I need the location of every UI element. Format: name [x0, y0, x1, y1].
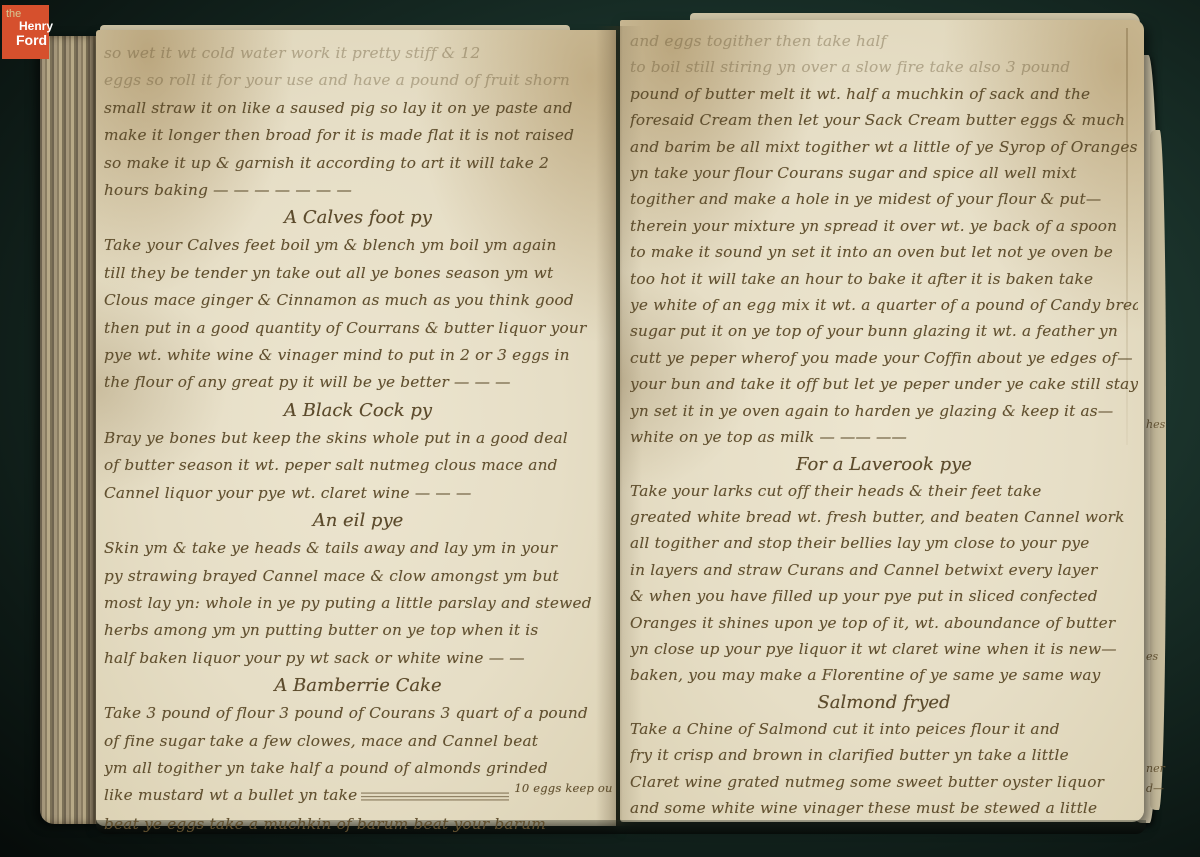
manuscript-line-text: your bun and take it off but let ye pepe… — [630, 375, 1138, 393]
manuscript-line: to boil still stiring yn over a slow fir… — [630, 54, 1138, 80]
manuscript-line-text: sugar put it on ye top of your bunn glaz… — [630, 322, 1118, 340]
manuscript-line: most lay yn: whole in ye py puting a lit… — [104, 590, 612, 617]
manuscript-line-text: so make it up & garnish it according to … — [104, 154, 549, 172]
manuscript-line-text: cutt ye peper wherof you made your Coffi… — [630, 349, 1133, 367]
manuscript-line-text: fry it crisp and brown in clarified butt… — [630, 746, 1069, 764]
recipe-heading: An eil pye — [104, 507, 612, 535]
manuscript-line: pound of butter melt it wt. half a muchk… — [630, 81, 1138, 107]
manuscript-line: the flour of any great py it will be ye … — [104, 369, 612, 396]
manuscript-line: yn close up your pye liquor it wt claret… — [630, 636, 1138, 662]
manuscript-line-text: Take 3 pound of flour 3 pound of Courans… — [104, 704, 588, 722]
manuscript-line-text: yn set it in ye oven again to harden ye … — [630, 402, 1113, 420]
manuscript-line-text: greated white bread wt. fresh butter, an… — [630, 508, 1125, 526]
manuscript-line-text: yn take your flour Courans sugar and spi… — [630, 164, 1077, 182]
manuscript-line: foresaid Cream then let your Sack Cream … — [630, 107, 1138, 133]
manuscript-line-text: Clous mace ginger & Cinnamon as much as … — [104, 291, 574, 309]
manuscript-line-text: then put in a good quantity of Courrans … — [104, 319, 586, 337]
manuscript-line: of butter season it wt. peper salt nutme… — [104, 452, 612, 479]
manuscript-line: beat ye eggs take a muchkin of barum bea… — [104, 811, 612, 838]
manuscript-line: till they be tender yn take out all ye b… — [104, 260, 612, 287]
manuscript-line-text: herbs among ym yn putting butter on ye t… — [104, 621, 538, 639]
manuscript-fragment: d— — [1146, 782, 1164, 795]
manuscript-line-text: eggs so roll it for your use and have a … — [104, 71, 570, 89]
left-page-manuscript-text: so wet it wt cold water work it pretty s… — [104, 40, 612, 838]
manuscript-line-text: and barim be all mixt togither wt a litt… — [630, 138, 1138, 156]
manuscript-line-text: Claret wine grated nutmeg some sweet but… — [630, 773, 1104, 791]
manuscript-line-text: Take your Calves feet boil ym & blench y… — [104, 236, 557, 254]
manuscript-line: then put in a good quantity of Courrans … — [104, 315, 612, 342]
manuscript-line: to make it sound yn set it into an oven … — [630, 239, 1138, 265]
right-page-manuscript-text: and eggs togither then take halfto boil … — [630, 28, 1138, 821]
manuscript-line: make it longer then broad for it is made… — [104, 122, 612, 149]
manuscript-line-text: till they be tender yn take out all ye b… — [104, 264, 553, 282]
manuscript-line: fry it crisp and brown in clarified butt… — [630, 742, 1138, 768]
manuscript-line: Take your Calves feet boil ym & blench y… — [104, 232, 612, 259]
manuscript-line: Oranges it shines upon ye top of it, wt.… — [630, 610, 1138, 636]
manuscript-line: ye white of an egg mix it wt. a quarter … — [630, 292, 1138, 318]
manuscript-line-text: therein your mixture yn spread it over w… — [630, 217, 1117, 235]
manuscript-line-text: ym all togither yn take half a pound of … — [104, 759, 548, 777]
manuscript-line-text: foresaid Cream then let your Sack Cream … — [630, 111, 1125, 129]
manuscript-line-text: beat ye eggs take a muchkin of barum bea… — [104, 815, 546, 833]
manuscript-line: Take a Chine of Salmond cut it into peic… — [630, 716, 1138, 742]
manuscript-line: of fine sugar take a few clowes, mace an… — [104, 728, 612, 755]
henry-ford-logo: the Henry Ford — [2, 5, 49, 59]
manuscript-line-text: of butter season it wt. peper salt nutme… — [104, 456, 558, 474]
recipe-heading: A Calves foot py — [104, 204, 612, 232]
crossed-out-text — [361, 790, 509, 803]
manuscript-line-text: and some white wine vinager these must b… — [630, 799, 1097, 817]
manuscript-fragment: es — [1146, 650, 1158, 663]
manuscript-line: so make it up & garnish it according to … — [104, 150, 612, 177]
manuscript-line: like mustard wt a bullet yn take10 eggs … — [104, 782, 612, 810]
manuscript-line: so wet it wt cold water work it pretty s… — [104, 40, 612, 67]
photo-background: hesesnerd— so wet it wt cold water work … — [0, 0, 1200, 857]
manuscript-line-text: pound of butter melt it wt. half a muchk… — [630, 85, 1090, 103]
manuscript-line-text: Skin ym & take ye heads & tails away and… — [104, 539, 557, 557]
manuscript-line: Take 3 pound of flour 3 pound of Courans… — [104, 700, 612, 727]
manuscript-line-text: the flour of any great py it will be ye … — [104, 373, 511, 391]
manuscript-line: Cannel liquor your pye wt. claret wine —… — [104, 480, 612, 507]
manuscript-line-text: to boil still stiring yn over a slow fir… — [630, 58, 1070, 76]
manuscript-line: py strawing brayed Cannel mace & clow am… — [104, 563, 612, 590]
manuscript-line-text: Cannel liquor your pye wt. claret wine —… — [104, 484, 471, 502]
manuscript-line: your bun and take it off but let ye pepe… — [630, 371, 1138, 397]
manuscript-line-text: pye wt. white wine & vinager mind to put… — [104, 346, 570, 364]
manuscript-line-text: make it longer then broad for it is made… — [104, 126, 574, 144]
manuscript-line-text: & when you have filled up your pye put i… — [630, 587, 1098, 605]
manuscript-line: Claret wine grated nutmeg some sweet but… — [630, 769, 1138, 795]
manuscript-line: Take your larks cut off their heads & th… — [630, 478, 1138, 504]
manuscript-line-text: yn close up your pye liquor it wt claret… — [630, 640, 1117, 658]
manuscript-line: baken, you may make a Florentine of ye s… — [630, 662, 1138, 688]
manuscript-line: herbs among ym yn putting butter on ye t… — [104, 617, 612, 644]
manuscript-line-text: Take a Chine of Salmond cut it into peic… — [630, 720, 1060, 738]
manuscript-line-text: too hot it will take an hour to bake it … — [630, 270, 1093, 288]
recipe-heading: Salmond fryed — [630, 689, 1138, 716]
manuscript-line: yn set it in ye oven again to harden ye … — [630, 398, 1138, 424]
manuscript-line: yn take your flour Courans sugar and spi… — [630, 160, 1138, 186]
manuscript-line: and some white wine vinager these must b… — [630, 795, 1138, 821]
manuscript-line-text: white on ye top as milk — —— —— — [630, 428, 907, 446]
manuscript-line: eggs so roll it for your use and have a … — [104, 67, 612, 94]
manuscript-line-text: Oranges it shines upon ye top of it, wt.… — [630, 614, 1115, 632]
manuscript-line-text: like mustard wt a bullet yn take — [104, 786, 357, 804]
recipe-heading: A Bamberrie Cake — [104, 672, 612, 700]
manuscript-line: half baken liquor your py wt sack or whi… — [104, 645, 612, 672]
manuscript-line: hours baking — — — — — — — — [104, 177, 612, 204]
recipe-heading: For a Laverook pye — [630, 451, 1138, 478]
manuscript-line: Bray ye bones but keep the skins whole p… — [104, 425, 612, 452]
manuscript-fragment: ner — [1146, 762, 1165, 775]
manuscript-line: and barim be all mixt togither wt a litt… — [630, 134, 1138, 160]
manuscript-line-text: and eggs togither then take half — [630, 32, 886, 50]
logo-word-ford: Ford — [16, 33, 46, 48]
manuscript-line: cutt ye peper wherof you made your Coffi… — [630, 345, 1138, 371]
manuscript-line-text: Take your larks cut off their heads & th… — [630, 482, 1042, 500]
manuscript-line: & when you have filled up your pye put i… — [630, 583, 1138, 609]
manuscript-line-text: in layers and straw Curans and Cannel be… — [630, 561, 1097, 579]
manuscript-line: therein your mixture yn spread it over w… — [630, 213, 1138, 239]
manuscript-line-text: py strawing brayed Cannel mace & clow am… — [104, 567, 559, 585]
manuscript-line-text: Bray ye bones but keep the skins whole p… — [104, 429, 568, 447]
book-fore-edge — [40, 36, 98, 824]
manuscript-line-text: hours baking — — — — — — — — [104, 181, 352, 199]
manuscript-line-text: so wet it wt cold water work it pretty s… — [104, 44, 480, 62]
manuscript-line: in layers and straw Curans and Cannel be… — [630, 557, 1138, 583]
manuscript-line: Skin ym & take ye heads & tails away and… — [104, 535, 612, 562]
manuscript-line-text: baken, you may make a Florentine of ye s… — [630, 666, 1101, 684]
manuscript-line-text: most lay yn: whole in ye py puting a lit… — [104, 594, 592, 612]
inserted-correction-text: 10 eggs keep out 4 whites — [514, 782, 612, 795]
manuscript-fragment: hes — [1146, 418, 1165, 431]
manuscript-line-text: to make it sound yn set it into an oven … — [630, 243, 1113, 261]
manuscript-line: white on ye top as milk — —— —— — [630, 424, 1138, 450]
manuscript-line: pye wt. white wine & vinager mind to put… — [104, 342, 612, 369]
manuscript-line-text: togither and make a hole in ye midest of… — [630, 190, 1101, 208]
manuscript-line: small straw it on like a saused pig so l… — [104, 95, 612, 122]
manuscript-line-text: half baken liquor your py wt sack or whi… — [104, 649, 525, 667]
manuscript-line: sugar put it on ye top of your bunn glaz… — [630, 318, 1138, 344]
manuscript-line: too hot it will take an hour to bake it … — [630, 266, 1138, 292]
manuscript-line-text: all togither and stop their bellies lay … — [630, 534, 1089, 552]
manuscript-line: ym all togither yn take half a pound of … — [104, 755, 612, 782]
manuscript-line: greated white bread wt. fresh butter, an… — [630, 504, 1138, 530]
manuscript-line-text: small straw it on like a saused pig so l… — [104, 99, 573, 117]
under-page-edge — [1150, 130, 1166, 810]
manuscript-line: all togither and stop their bellies lay … — [630, 530, 1138, 556]
manuscript-line: togither and make a hole in ye midest of… — [630, 186, 1138, 212]
manuscript-line-text: of fine sugar take a few clowes, mace an… — [104, 732, 538, 750]
recipe-heading: A Black Cock py — [104, 397, 612, 425]
manuscript-line-text: ye white of an egg mix it wt. a quarter … — [630, 296, 1138, 314]
manuscript-line: and eggs togither then take half — [630, 28, 1138, 54]
manuscript-line: Clous mace ginger & Cinnamon as much as … — [104, 287, 612, 314]
